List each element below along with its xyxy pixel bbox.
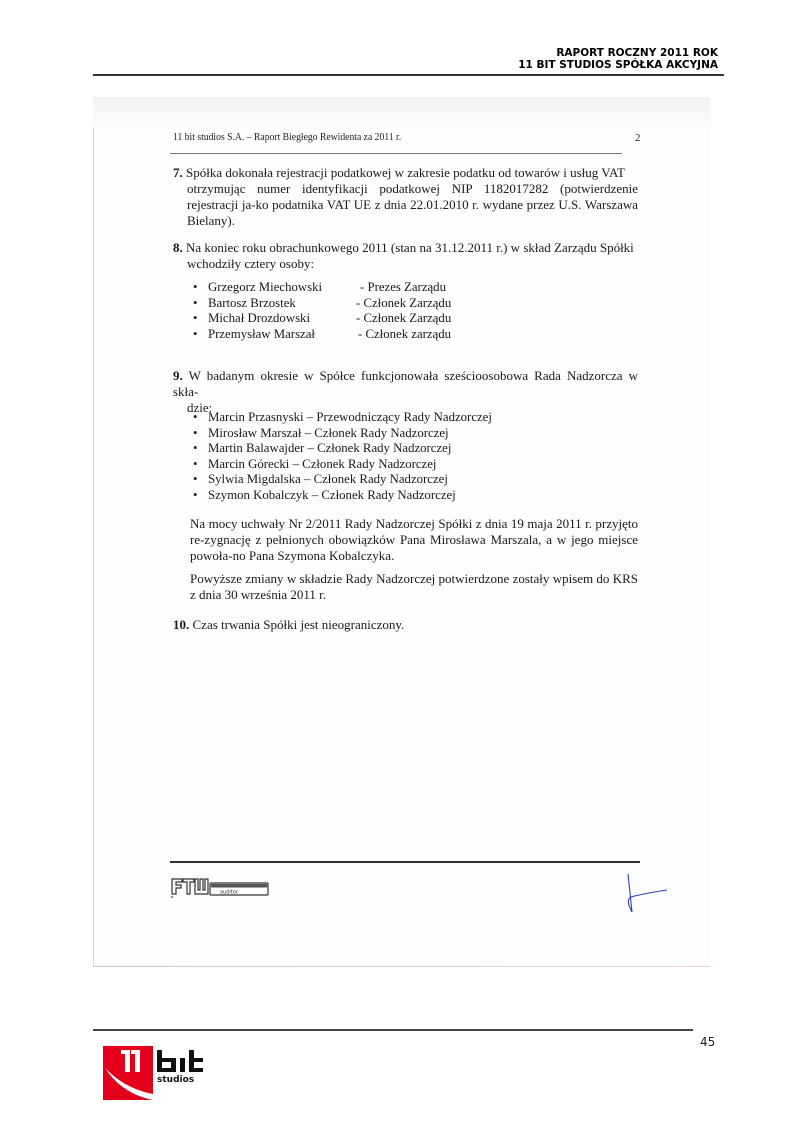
ftw-logo-subtext: auditor (220, 890, 239, 896)
item-8: 8. Na koniec roku obrachunkowego 2011 (s… (173, 240, 638, 272)
list-item: Grzegorz Miechowski- Prezes Zarządu (190, 280, 322, 296)
supervisory-board-list: Marcin Przasnyski – Przewodniczący Rady … (190, 410, 492, 503)
item-number: 10. (173, 617, 189, 632)
list-item: Bartosz Brzostek- Członek Zarządu (190, 296, 322, 312)
item-number: 9. (173, 368, 183, 383)
list-item: Marcin Przasnyski – Przewodniczący Rady … (190, 410, 492, 426)
resignation-note: Na mocy uchwały Nr 2/2011 Rady Nadzorcze… (190, 516, 638, 564)
scanned-header-divider (170, 153, 622, 154)
scanned-footer-divider (170, 861, 640, 863)
scan-bottom-edge (93, 966, 710, 967)
item-text-continued: wchodziły cztery osoby: (173, 256, 638, 272)
list-item: Martin Balawajder – Członek Rady Nadzorc… (190, 441, 492, 457)
list-item: Szymon Kobalczyk – Członek Rady Nadzorcz… (190, 488, 492, 504)
item-number: 8. (173, 240, 183, 255)
logo-studios-text: studios (157, 1075, 194, 1085)
item-7: 7. Spółka dokonała rejestracji podatkowe… (173, 165, 638, 229)
list-item: Przemysław Marszał- Członek zarządu (190, 327, 322, 343)
management-board-list: Grzegorz Miechowski- Prezes Zarządu Bart… (190, 280, 322, 342)
report-title: RAPORT ROCZNY 2011 ROK (518, 47, 718, 59)
item-text: W badanym okresie w Spółce funkcjonowała… (173, 368, 638, 399)
11bit-studios-logo: studios (103, 1046, 221, 1100)
auditor-report-header: 11 bit studios S.A. – Raport Biegłego Re… (173, 132, 401, 143)
footer-divider (93, 1029, 693, 1031)
page-number: 45 (700, 1035, 715, 1049)
scanned-page-number: 2 (635, 132, 641, 144)
list-item: Marcin Górecki – Członek Rady Nadzorczej (190, 457, 492, 473)
item-10: 10. Czas trwania Spółki jest nieogranicz… (173, 617, 638, 633)
item-number: 7. (173, 165, 183, 180)
scan-shade (93, 97, 710, 127)
report-header: RAPORT ROCZNY 2011 ROK 11 BIT STUDIOS SP… (518, 47, 718, 71)
item-text: Na koniec roku obrachunkowego 2011 (stan… (186, 240, 634, 255)
header-divider (93, 74, 724, 76)
list-item: Mirosław Marszał – Członek Rady Nadzorcz… (190, 426, 492, 442)
ftw-auditor-logo: auditor (170, 875, 270, 899)
krs-note: Powyższe zmiany w składzie Rady Nadzorcz… (190, 571, 638, 603)
item-text: Spółka dokonała rejestracji podatkowej w… (186, 165, 625, 180)
signature-mark (622, 872, 672, 914)
company-name: 11 BIT STUDIOS SPÓŁKA AKCYJNA (518, 59, 718, 71)
item-text: Czas trwania Spółki jest nieograniczony. (189, 617, 404, 632)
list-item: Sylwia Migdalska – Członek Rady Nadzorcz… (190, 472, 492, 488)
item-9: 9. W badanym okresie w Spółce funkcjonow… (173, 368, 638, 416)
item-text-continued: otrzymując numer identyfikacji podatkowe… (173, 181, 638, 229)
list-item: Michał Drozdowski- Członek Zarządu (190, 311, 322, 327)
